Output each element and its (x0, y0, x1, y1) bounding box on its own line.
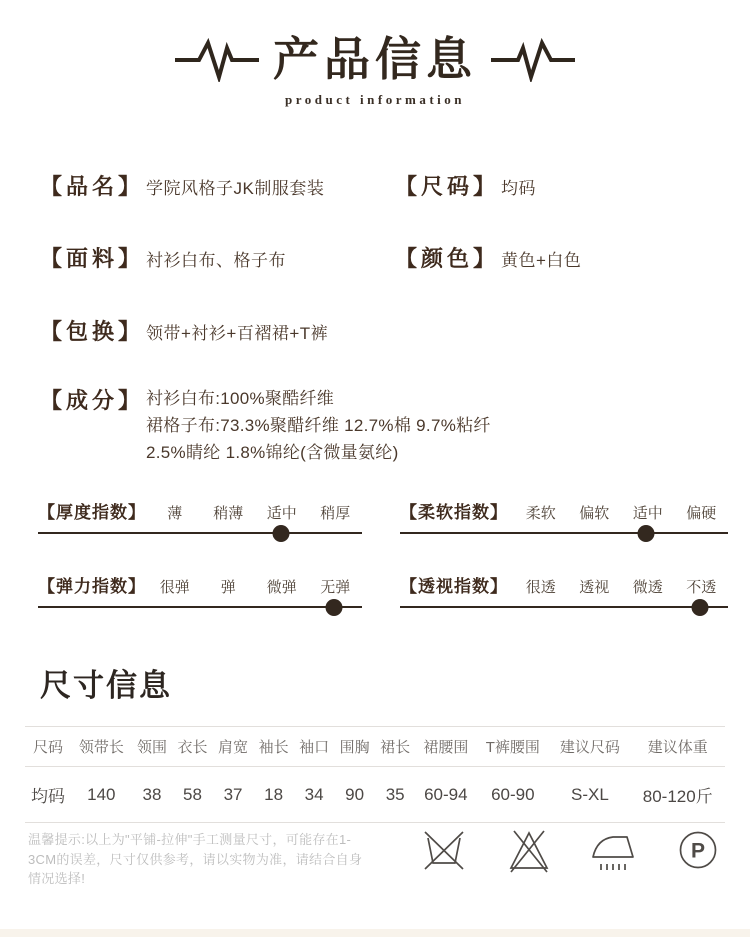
pulse-left-icon (175, 38, 259, 82)
index-dot (692, 599, 709, 616)
col-header: 领围 (132, 727, 173, 767)
index-thickness-options: 薄 稍薄 适中 稍厚 (148, 502, 362, 523)
field-value-package: 领带+衬衫+百褶裙+T裤 (146, 319, 328, 344)
table-cell: 140 (71, 767, 132, 823)
size-table-header-row: 尺码 领带长 领围 衣长 肩宽 袖长 袖口 围胸 裙长 裙腰围 T裤腰围 建议尺… (25, 727, 725, 767)
field-label-color: 【颜色】 (395, 242, 501, 273)
field-value-size: 均码 (501, 174, 536, 199)
info-row-name: 【品名】 学院风格子JK制服套装 (40, 170, 324, 201)
index-softness-options: 柔软 偏软 适中 偏硬 (514, 502, 728, 523)
index-option: 透视 (568, 576, 622, 597)
index-option: 适中 (621, 502, 675, 523)
product-info-page: 产品信息 product information 【品名】 学院风格子JK制服套… (0, 0, 750, 937)
table-cell: 35 (375, 767, 416, 823)
index-softness-row: 【柔软指数】 柔软 偏软 适中 偏硬 (400, 498, 728, 523)
do-not-wash-icon (420, 824, 468, 876)
page-title: 产品信息 (273, 34, 477, 87)
col-header: 建议尺码 (549, 727, 630, 767)
index-option: 很弹 (148, 576, 202, 597)
field-value-composition: 衬衫白布:100%聚酷纤维 裙格子布:73.3%聚醋纤维 12.7%棉 9.7%… (146, 385, 491, 466)
footer-strip (0, 929, 750, 937)
size-table-data-row: 均码 140 38 58 37 18 34 90 35 60-94 60-90 … (25, 767, 725, 823)
table-cell: 38 (132, 767, 173, 823)
field-label-size: 【尺码】 (395, 170, 501, 201)
field-label-package: 【包换】 (40, 315, 146, 346)
index-option: 弹 (202, 576, 256, 597)
field-label-composition: 【成分】 (40, 384, 146, 415)
info-row-package: 【包换】 领带+衬衫+百褶裙+T裤 (40, 315, 328, 346)
index-softness-label: 【柔软指数】 (400, 498, 508, 523)
index-option: 微弹 (255, 576, 309, 597)
col-header: 围胸 (334, 727, 375, 767)
col-header: 尺码 (25, 727, 71, 767)
col-header: 领带长 (71, 727, 132, 767)
dry-clean-p-icon: P (674, 824, 722, 876)
info-row-size: 【尺码】 均码 (395, 170, 536, 201)
table-cell: 60-94 (415, 767, 476, 823)
table-cell: 60-90 (476, 767, 549, 823)
index-option: 薄 (148, 502, 202, 523)
index-transparency-label: 【透视指数】 (400, 572, 508, 597)
index-option: 很透 (514, 576, 568, 597)
page-subtitle: product information (0, 92, 750, 108)
composition-line: 衬衫白布:100%聚酷纤维 (146, 385, 491, 412)
col-header: T裤腰围 (476, 727, 549, 767)
info-row-composition: 【成分】 衬衫白布:100%聚酷纤维 裙格子布:73.3%聚醋纤维 12.7%棉… (40, 385, 491, 466)
index-dot (638, 525, 655, 542)
field-value-fabric: 衬衫白布、格子布 (146, 246, 286, 271)
composition-line: 2.5%睛纶 1.8%锦纶(含微量氨纶) (146, 439, 491, 466)
index-option: 稍薄 (202, 502, 256, 523)
col-header: 袖长 (253, 727, 294, 767)
index-thickness-row: 【厚度指数】 薄 稍薄 适中 稍厚 (38, 498, 362, 523)
index-scale-line (400, 606, 728, 608)
table-cell: 80-120斤 (630, 767, 725, 823)
index-dot (273, 525, 290, 542)
col-header: 袖口 (294, 727, 335, 767)
index-transparency-options: 很透 透视 微透 不透 (514, 576, 728, 597)
header: 产品信息 product information (0, 34, 750, 108)
index-scale-line (38, 606, 362, 608)
col-header: 裙腰围 (415, 727, 476, 767)
index-option: 偏硬 (675, 502, 729, 523)
index-scale-line (400, 532, 728, 534)
col-header: 建议体重 (630, 727, 725, 767)
index-option: 微透 (621, 576, 675, 597)
do-not-bleach-icon (505, 824, 553, 876)
field-label-name: 【品名】 (40, 170, 146, 201)
index-option: 稍厚 (309, 502, 363, 523)
care-icons-row: P (420, 824, 722, 876)
index-dot (326, 599, 343, 616)
pulse-right-icon (491, 38, 575, 82)
index-option: 偏软 (568, 502, 622, 523)
col-header: 肩宽 (213, 727, 254, 767)
index-elasticity-row: 【弹力指数】 很弹 弹 微弹 无弹 (38, 572, 362, 597)
index-elasticity-options: 很弹 弹 微弹 无弹 (148, 576, 362, 597)
index-softness: 【柔软指数】 柔软 偏软 适中 偏硬 (400, 498, 728, 534)
info-row-fabric: 【面料】 衬衫白布、格子布 (40, 242, 286, 273)
table-cell: 18 (253, 767, 294, 823)
table-cell: 37 (213, 767, 254, 823)
index-option: 适中 (255, 502, 309, 523)
field-value-name: 学院风格子JK制服套装 (146, 174, 324, 199)
field-value-color: 黄色+白色 (501, 246, 581, 271)
index-transparency-row: 【透视指数】 很透 透视 微透 不透 (400, 572, 728, 597)
table-cell: S-XL (549, 767, 630, 823)
index-elasticity: 【弹力指数】 很弹 弹 微弹 无弹 (38, 572, 362, 608)
table-cell: 90 (334, 767, 375, 823)
field-label-fabric: 【面料】 (40, 242, 146, 273)
composition-line: 裙格子布:73.3%聚醋纤维 12.7%棉 9.7%粘纤 (146, 412, 491, 439)
index-transparency: 【透视指数】 很透 透视 微透 不透 (400, 572, 728, 608)
table-cell: 均码 (25, 767, 71, 823)
header-title-row: 产品信息 (0, 34, 750, 87)
info-row-color: 【颜色】 黄色+白色 (395, 242, 581, 273)
size-table-wrap: 尺码 领带长 领围 衣长 肩宽 袖长 袖口 围胸 裙长 裙腰围 T裤腰围 建议尺… (25, 726, 725, 823)
measurement-note: 温馨提示:以上为"平铺-拉伸"手工测量尺寸，可能存在1-3CM的误差，尺寸仅供参… (28, 830, 366, 889)
dry-clean-p-letter: P (691, 840, 705, 863)
index-option: 柔软 (514, 502, 568, 523)
size-table: 尺码 领带长 领围 衣长 肩宽 袖长 袖口 围胸 裙长 裙腰围 T裤腰围 建议尺… (25, 726, 725, 823)
table-cell: 58 (172, 767, 213, 823)
index-option: 不透 (675, 576, 729, 597)
index-option: 无弹 (309, 576, 363, 597)
col-header: 衣长 (172, 727, 213, 767)
index-scale-line (38, 532, 362, 534)
iron-steam-icon (589, 824, 637, 876)
col-header: 裙长 (375, 727, 416, 767)
index-thickness-label: 【厚度指数】 (38, 498, 146, 523)
index-elasticity-label: 【弹力指数】 (38, 572, 146, 597)
size-section-title: 尺寸信息 (40, 660, 172, 705)
index-thickness: 【厚度指数】 薄 稍薄 适中 稍厚 (38, 498, 362, 534)
table-cell: 34 (294, 767, 335, 823)
